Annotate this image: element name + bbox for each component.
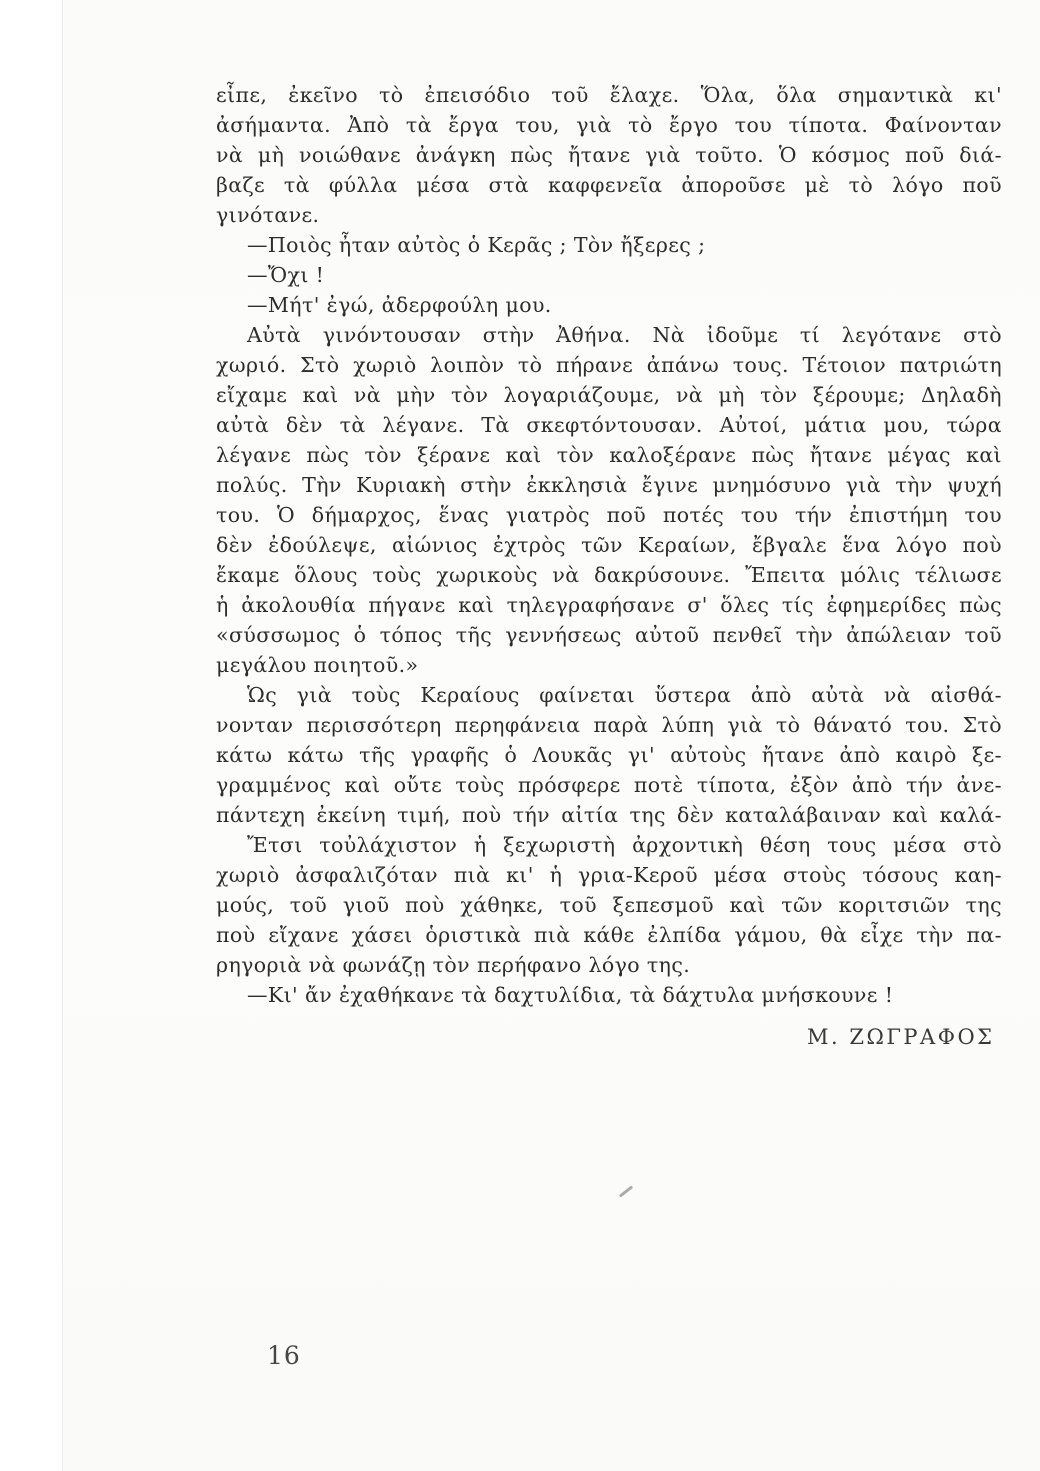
text-line: Αὐτὰ γινόντουσαν στὴν Ἀθήνα. Νὰ ἰδοῦμε τ… xyxy=(216,320,1002,350)
text-line: κάτω κάτω τῆς γραφῆς ὁ Λουκᾶς γι' αὐτοὺς… xyxy=(216,740,1002,770)
text-line: ἡ ἀκολουθία πήγανε καὶ τηλεγραφήσανε σ' … xyxy=(216,590,1002,620)
text-line: ἔκαμε ὅλους τοὺς χωρικοὺς νὰ δακρύσουνε.… xyxy=(216,560,1002,590)
text-line: Ἔτσι τοὐλάχιστον ἡ ξεχωριστὴ ἀρχοντικὴ θ… xyxy=(216,830,1002,860)
text-line: δὲν ἐδούλεψε, αἰώνιος ἐχτρὸς τῶν Κεραίων… xyxy=(216,530,1002,560)
text-line: πάντεχη ἐκείνη τιμή, ποὺ τήν αἰτία της δ… xyxy=(216,800,1002,830)
text-line: Ὡς γιὰ τοὺς Κεραίους φαίνεται ὕστερα ἀπὸ… xyxy=(216,680,1002,710)
text-line: γινότανε. xyxy=(216,200,1002,230)
scanned-book-page: εἶπε, ἐκεῖνο τὸ ἐπεισόδιο τοῦ ἔλαχε. Ὅλα… xyxy=(0,0,1040,1471)
text-line: βαζε τὰ φύλλα μέσα στὰ καφφενεῖα ἀποροῦσ… xyxy=(216,170,1002,200)
text-line: ποὺ εἴχανε χάσει ὁριστικὰ πιὰ κάθε ἐλπίδ… xyxy=(216,920,1002,950)
text-line: πολύς. Τὴν Κυριακὴ στὴν ἐκκλησιὰ ἔγινε μ… xyxy=(216,470,1002,500)
text-line: αὐτὰ δὲν τὰ λέγανε. Τὰ σκεφτόντουσαν. Αὐ… xyxy=(216,410,1002,440)
text-line: γραμμένος καὶ οὔτε τοὺς πρόσφερε ποτὲ τί… xyxy=(216,770,1002,800)
author-signature: Μ. ΖΩΓΡΑΦΟΣ xyxy=(807,1024,1003,1050)
text-line: ρηγοριὰ νὰ φωνάζῃ τὸν περήφανο λόγο της. xyxy=(216,950,1002,980)
text-line: χωριὸ ἀσφαλιζόταν πιὰ κι' ἡ γρια-Κεροῦ μ… xyxy=(216,860,1002,890)
text-line: μούς, τοῦ γιοῦ ποὺ χάθηκε, τοῦ ξεπεσμοῦ … xyxy=(216,890,1002,920)
text-lines: εἶπε, ἐκεῖνο τὸ ἐπεισόδιο τοῦ ἔλαχε. Ὅλα… xyxy=(216,80,1002,1010)
text-line: μεγάλου ποιητοῦ.» xyxy=(216,650,1002,680)
text-line: —Ποιὸς ἦταν αὐτὸς ὁ Κερᾶς ; Τὸν ἤξερες ; xyxy=(216,230,1002,260)
text-line: λέγανε πὼς τὸν ξέρανε καὶ τὸν καλοξέρανε… xyxy=(216,440,1002,470)
text-line: εἶπε, ἐκεῖνο τὸ ἐπεισόδιο τοῦ ἔλαχε. Ὅλα… xyxy=(216,80,1002,110)
text-line: του. Ὁ δήμαρχος, ἕνας γιατρὸς ποῦ ποτές … xyxy=(216,500,1002,530)
text-line: —Κι' ἄν ἐχαθήκανε τὰ δαχτυλίδια, τὰ δάχτ… xyxy=(216,980,1002,1010)
text-line: ἀσήμαντα. Ἀπὸ τὰ ἔργα του, γιὰ τὸ ἔργο τ… xyxy=(216,110,1002,140)
text-line: νονταν περισσότερη περηφάνεια παρὰ λύπη … xyxy=(216,710,1002,740)
text-line: —Ὄχι ! xyxy=(216,260,1002,290)
text-line: νὰ μὴ νοιώθανε ἀνάγκη πὼς ἤτανε γιὰ τοῦτ… xyxy=(216,140,1002,170)
text-line: χωριό. Στὸ χωριὸ λοιπὸν τὸ πήρανε ἀπάνω … xyxy=(216,350,1002,380)
stray-pen-mark xyxy=(619,1185,633,1197)
page-surface: εἶπε, ἐκεῖνο τὸ ἐπεισόδιο τοῦ ἔλαχε. Ὅλα… xyxy=(62,0,1040,1471)
text-line: «σύσσωμος ὁ τόπος τῆς γεννήσεως αὐτοῦ πε… xyxy=(216,620,1002,650)
page-number: 16 xyxy=(267,1342,301,1370)
text-line: —Μήτ' ἐγώ, ἀδερφούλη μου. xyxy=(216,290,1002,320)
text-line: εἴχαμε καὶ νὰ μὴν τὸν λογαριάζουμε, νὰ μ… xyxy=(216,380,1002,410)
